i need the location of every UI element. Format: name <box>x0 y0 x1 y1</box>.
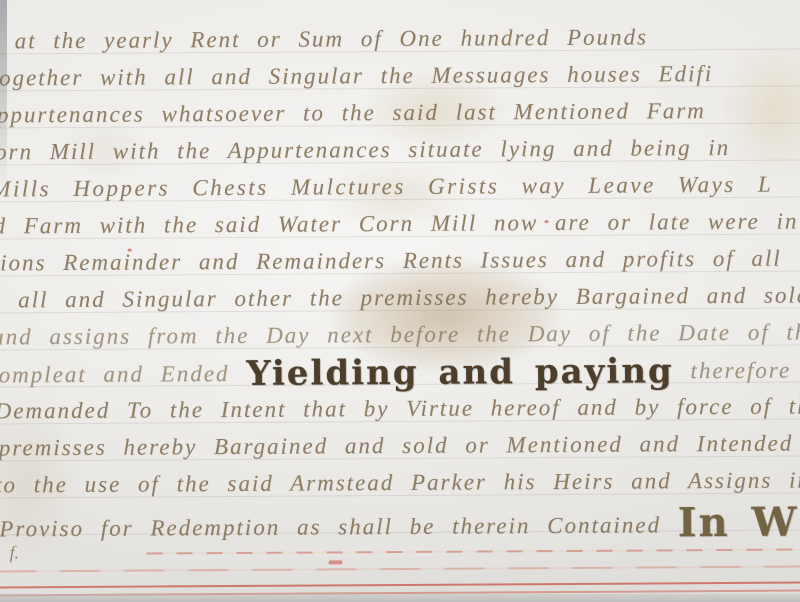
deed-line: Demanded To the Intent that by Virtue he… <box>0 387 800 429</box>
deed-line: Mills Hoppers Chests Mulctures Grists wa… <box>0 165 800 207</box>
red-ink-speck <box>545 220 549 223</box>
deed-line-text: Appurtenances whatsoever to the said las… <box>0 98 706 127</box>
blackletter-emphasis: In W <box>678 499 799 547</box>
deed-line: Appurtenances whatsoever to the said las… <box>0 91 800 133</box>
deed-line-text: tions Remainder and Remainders Rents Iss… <box>0 246 782 276</box>
deed-line-text: d all and Singular other the premisses h… <box>0 282 800 312</box>
deed-line-text: therefore <box>674 358 792 384</box>
blackletter-emphasis: Yielding and paying <box>246 351 674 394</box>
parchment-bottom-edge <box>0 594 800 602</box>
deed-line-text: d Farm with the said Water Corn Mill now… <box>0 209 799 239</box>
deed-line-text: compleat and Ended <box>0 361 246 388</box>
deed-line: d at the yearly Rent or Sum of One hundr… <box>0 17 800 59</box>
red-ruled-line-faint <box>147 548 800 554</box>
deed-line-text: to the use of the said Armstead Parker h… <box>0 467 800 497</box>
deed-line-text: together with all and Singular the Messu… <box>0 61 713 90</box>
red-ink-speck <box>128 249 132 252</box>
deed-line-text: orn Mill with the Appurtenances situate … <box>0 135 730 164</box>
deed-line: orn Mill with the Appurtenances situate … <box>0 128 800 170</box>
deed-line-text: and assigns from the Day next before the… <box>0 319 800 350</box>
deed-line-text: premisses hereby Bargained and sold or M… <box>0 431 793 461</box>
deed-line: d Farm with the said Water Corn Mill now… <box>0 202 800 244</box>
deed-line: and assigns from the Day next before the… <box>0 313 800 355</box>
deed-line: d all and Singular other the premisses h… <box>0 276 800 318</box>
deed-content: ſ ſ ſ ſ ſ d at the yearly Rent or Sum of… <box>0 0 800 602</box>
deed-line-text: Demanded To the Intent that by Virtue he… <box>0 393 800 423</box>
deed-line: tions Remainder and Remainders Rents Iss… <box>0 239 800 281</box>
red-ink-smudge <box>329 560 343 564</box>
deed-line-text: Mills Hoppers Chests Mulctures Grists wa… <box>0 172 773 202</box>
deed-line-in-witness: Proviso for Redemption as shall be there… <box>0 498 800 540</box>
deed-line-text: d at the yearly Rent or Sum of One hundr… <box>0 24 648 53</box>
cropped-line-remnant: ſ ſ ſ ſ ſ <box>258 0 800 5</box>
marginal-mark: f. <box>9 542 19 563</box>
red-ruled-line-faint <box>0 566 800 573</box>
deed-line: premisses hereby Bargained and sold or M… <box>0 424 800 466</box>
document-photo: ſ ſ ſ ſ ſ d at the yearly Rent or Sum of… <box>0 0 800 602</box>
deed-line: together with all and Singular the Messu… <box>0 54 800 96</box>
deed-line-yielding-and-paying: compleat and Ended Yielding and paying t… <box>0 350 800 392</box>
deed-line: to the use of the said Armstead Parker h… <box>0 461 800 503</box>
deed-text: d at the yearly Rent or Sum of One hundr… <box>0 17 800 540</box>
deed-line-text: Proviso for Redemption as shall be there… <box>0 512 678 541</box>
